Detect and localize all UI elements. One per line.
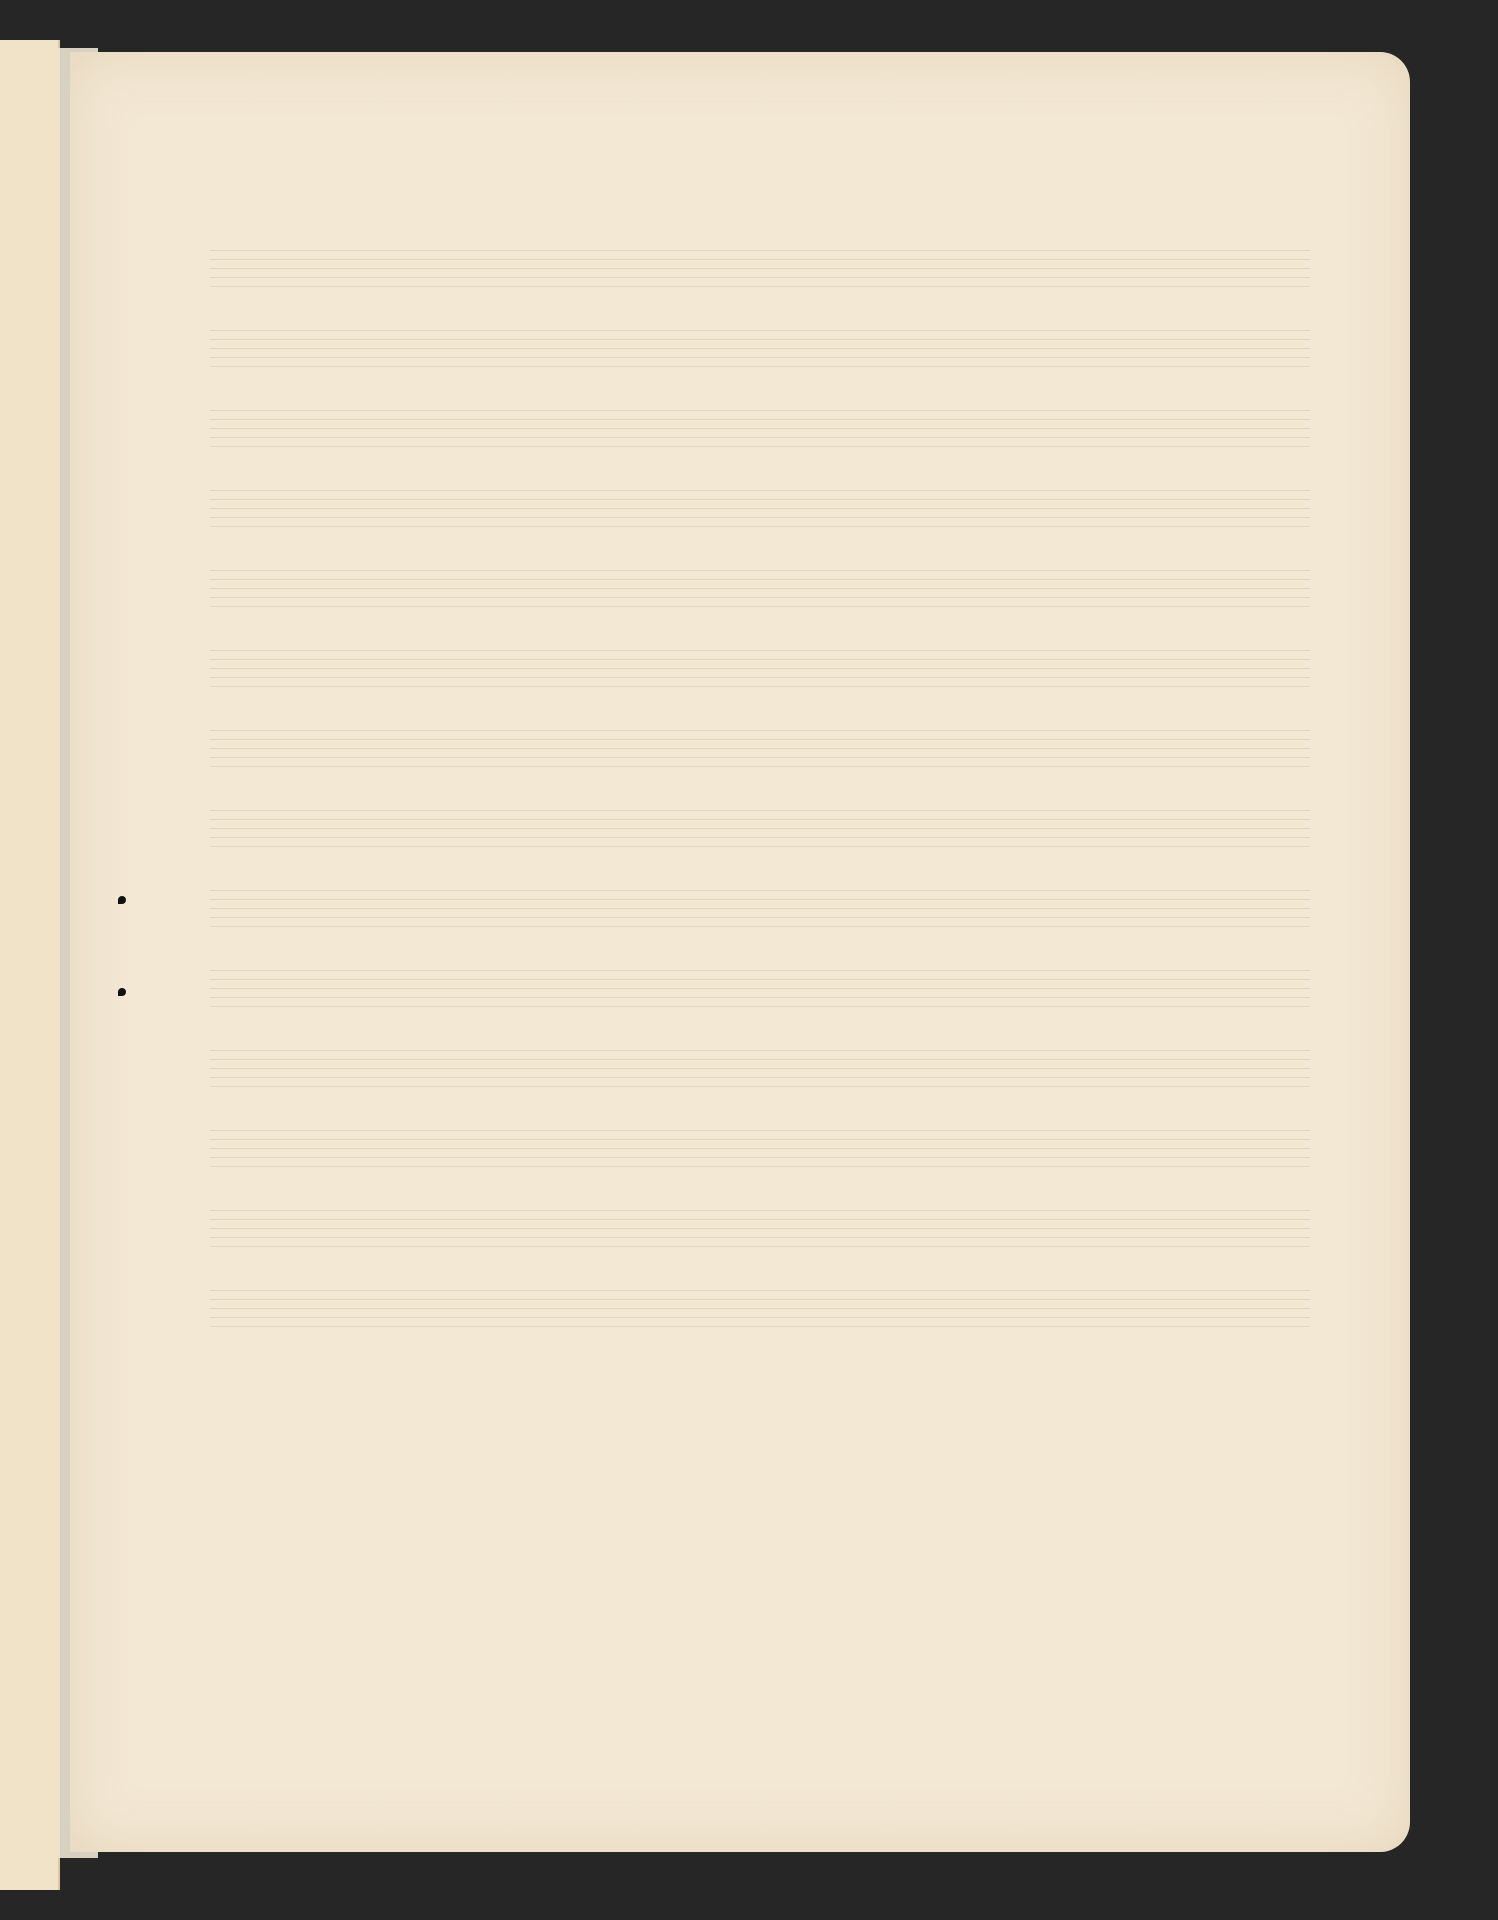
staff: [210, 810, 1310, 846]
ink-mark: [118, 988, 126, 996]
staff: [210, 1290, 1310, 1326]
staff: [210, 570, 1310, 606]
staff: [210, 490, 1310, 526]
staff: [210, 970, 1310, 1006]
staff: [210, 1210, 1310, 1246]
staff: [210, 650, 1310, 686]
staff: [210, 1130, 1310, 1166]
staff: [210, 730, 1310, 766]
left-page-edge: [0, 40, 60, 1890]
staff: [210, 890, 1310, 926]
ink-mark: [118, 896, 126, 904]
staff: [210, 250, 1310, 286]
staff: [210, 410, 1310, 446]
staff: [210, 1050, 1310, 1086]
staff: [210, 330, 1310, 366]
manuscript-page: [70, 52, 1410, 1852]
